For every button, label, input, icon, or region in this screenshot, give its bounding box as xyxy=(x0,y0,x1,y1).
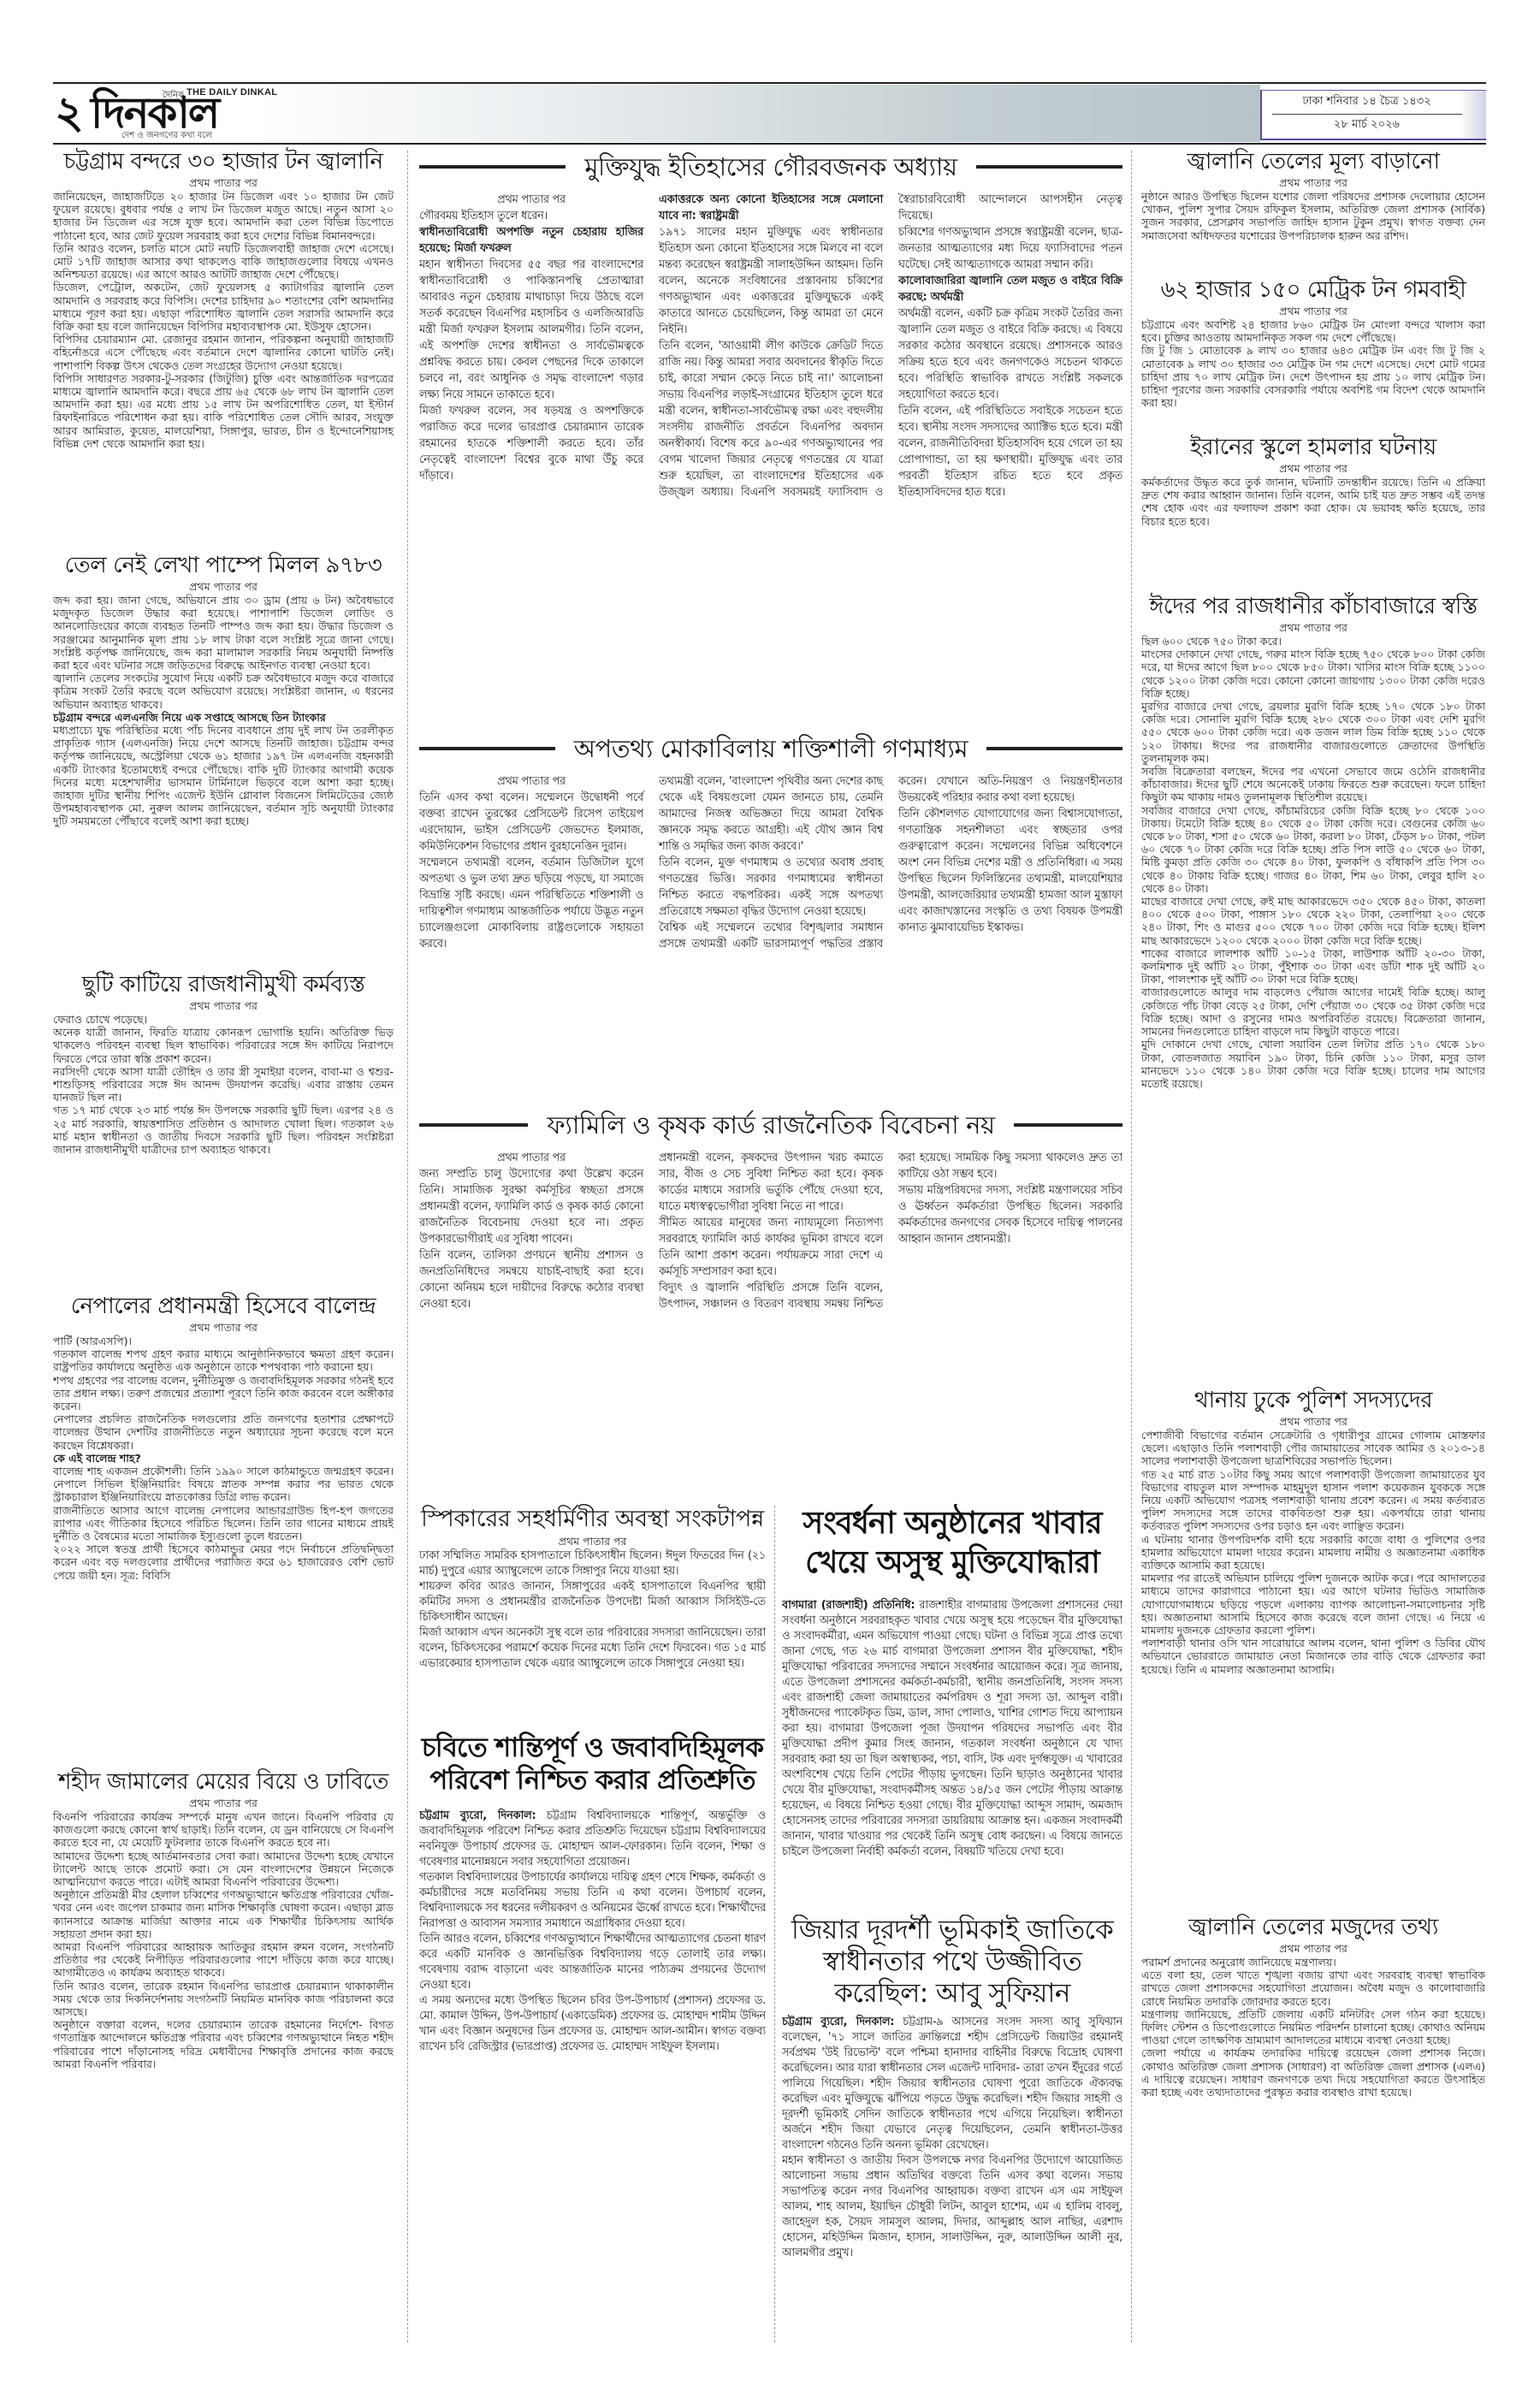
article-subhead: কালোবাজারিরা জ্বালানি তেল মজুত ও বাইরে ব… xyxy=(898,273,1122,305)
article-paragraph: চট্টগ্রাম ব্যুরো, দিনকাল: চট্টগ্রাম বিশ্… xyxy=(419,1809,766,1870)
article-subhead: চট্টগ্রাম বন্দরে এলএনজি নিয়ে এক সপ্তাহে… xyxy=(53,711,394,724)
article-body: পেশাজীবী বিভাগের বর্তমান সেক্রেটারি ও গৃ… xyxy=(1141,1429,1485,1676)
continued-kicker: প্রথম পাতার পর xyxy=(1141,462,1485,476)
continued-kicker: প্রথম পাতার পর xyxy=(53,580,394,594)
continued-kicker: প্রথম পাতার পর xyxy=(53,1321,394,1335)
article-misinformation-media: অপতথ্য মোকাবিলায় শক্তিশালী গণমাধ্যম প্র… xyxy=(419,729,1122,1092)
dateline: চট্টগ্রাম ব্যুরো, দিনকাল: xyxy=(782,2016,894,2028)
headline[interactable]: জিয়ার দূরদর্শী ভূমিকাই জাতিকে স্বাধীনতা… xyxy=(782,1915,1122,2010)
article-family-farmer-card: ফ্যামিলি ও কৃষক কার্ড রাজনৈতিক বিবেচনা ন… xyxy=(419,1105,1122,1499)
article-body: ঢাকা সম্মিলিত সামরিক হাসপাতালে চিকিৎসাধী… xyxy=(419,1548,766,1672)
article-fuel-price-increase: জ্বালানি তেলের মূল্য বাড়ানো প্রথম পাতার… xyxy=(1141,147,1485,277)
article-paragraph: শাকের বাজারে লালশাক আঁটি ১০-১৫ টাকা, লাউ… xyxy=(1141,947,1485,986)
article-paragraph: গতকাল বিশ্ববিদ্যালয়ের উপাচার্যের কার্যা… xyxy=(419,1870,766,1932)
article-paragraph: প্রধানমন্ত্রী বলেন, কৃষকদের উৎপাদন খরচ ক… xyxy=(659,1150,883,1215)
date-box: ঢাকা শনিবার ১৪ চৈত্র ১৪৩২ ২৮ মার্চ ২০২৬ xyxy=(1260,90,1486,140)
continued-kicker: প্রথম পাতার পর xyxy=(53,1797,394,1810)
article-paragraph: জানিয়েছেন, জাহাজটিতে ২০ হাজার টন ডিজেল … xyxy=(53,190,394,242)
newspaper-page: ২ দৈনিক THE DAILY DINKAL দিনকাল দেশ ও জন… xyxy=(0,0,1540,2392)
article-paragraph: পলাশবাড়ী থানার ওসি খান সারোয়ারে আলম বল… xyxy=(1141,1637,1485,1676)
headline-bar-right xyxy=(976,165,1122,169)
article-paragraph: শায়রুল কবির আরও জানান, সিঙ্গাপুরের একই … xyxy=(419,1579,766,1625)
article-paragraph: তিনি আরও বলেন, চব্বিশের গণঅভ্যুত্থানে শি… xyxy=(419,1932,766,1993)
article-paragraph: চব্বিশের গণঅভ্যুত্থান প্রসঙ্গে স্বরাষ্ট্… xyxy=(898,224,1122,273)
article-paragraph: জব্দ করা হয়। জানা গেছে, অভিযানে প্রায় … xyxy=(53,594,394,672)
continued-kicker: প্রথম পাতার পর xyxy=(1141,305,1485,318)
article-paragraph: সবজি বিক্রেতারা বলছেন, ঈদের পর এখনো সেভা… xyxy=(1141,765,1485,804)
headline[interactable]: ঈদের পর রাজধানীর কাঁচাবাজারে স্বস্তি xyxy=(1141,592,1485,621)
article-paragraph: বিএনপি পরিবারের কার্যক্রম সম্পর্কে মানুষ… xyxy=(53,1810,394,1850)
date-divider xyxy=(1272,114,1462,115)
article-body: প্রথম পাতার পর জন্য সম্প্রতি চালু উদ্যোগ… xyxy=(419,1150,1122,1312)
article-body: জব্দ করা হয়। জানা গেছে, অভিযানে প্রায় … xyxy=(53,594,394,828)
headline[interactable]: চবিতে শান্তিপূর্ণ ও জবাবদিহিমূলক পরিবেশ … xyxy=(419,1732,766,1797)
article-paragraph: চট্টগ্রামে এবং অবশিষ্ট ২৪ হাজার ৮৬০ মেট্… xyxy=(1141,318,1485,344)
article-paragraph: অর্থমন্ত্রী বলেন, একটি চক্র কৃত্রিম সংকট… xyxy=(898,305,1122,403)
headline-row: ফ্যামিলি ও কৃষক কার্ড রাজনৈতিক বিবেচনা ন… xyxy=(419,1105,1122,1145)
continued-kicker: প্রথম পাতার পর xyxy=(1141,176,1485,190)
continued-kicker: প্রথম পাতার পর xyxy=(419,773,643,790)
article-body: পরামর্শ প্রদানের অনুরোধ জানিয়েছে মন্ত্র… xyxy=(1141,1956,1485,2099)
article-body: পার্টি (আরএসপি)।গতকাল বালেন্দ্র শপথ গ্রহ… xyxy=(53,1335,394,1582)
article-police-station-assault: থানায় ঢুকে পুলিশ সদস্যদের প্রথম পাতার প… xyxy=(1141,1386,1485,1913)
masthead-gradient-band xyxy=(257,85,1260,142)
article-paragraph: চট্টগ্রাম ব্যুরো, দিনকাল: চট্টগ্রাম-৯ আস… xyxy=(782,2015,1122,2153)
article-paragraph: মধ্যপ্রাচ্যে যুদ্ধ পরিস্থিতির মধ্যে পাঁচ… xyxy=(53,724,394,828)
headline[interactable]: ৬২ হাজার ১৫০ মেট্রিক টন গমবাহী xyxy=(1141,275,1485,305)
article-iran-school-attack: ইরানের স্কুলে হামলার ঘটনায় প্রথম পাতার … xyxy=(1141,433,1485,594)
column-divider xyxy=(774,1506,775,2342)
article-paragraph: অনুষ্ঠানে বক্তারা বলেন, দলের চেয়ারম্যান… xyxy=(53,2018,394,2070)
article-paragraph: ছিল ৬০০ থেকে ৭৫০ টাকা করে। xyxy=(1141,635,1485,648)
article-paragraph: এ সময় অন্যদের মধ্যে উপস্থিত ছিলেন চবির … xyxy=(419,1993,766,2055)
article-body: বাগমারা (রাজশাহী) প্রতিনিধি: রাজশাহীর বা… xyxy=(782,1598,1122,1860)
article-paragraph: জি টু জি ১ মোতাবেক ৯ লাখ ৩০ হাজার ৬৪৩ মে… xyxy=(1141,344,1485,409)
continued-kicker: প্রথম পাতার পর xyxy=(419,192,643,208)
headline[interactable]: জ্বালানি তেলের মূল্য বাড়ানো xyxy=(1141,147,1485,176)
article-paragraph: আমাদের উদ্দেশ্য হচ্ছে আর্তমানবতার সেবা ক… xyxy=(53,1850,394,1889)
article-paragraph: সভায় মন্ত্রিপরিষদের সদস্য, সংশ্লিষ্ট মন… xyxy=(898,1182,1122,1247)
article-paragraph: সীমিত আয়ের মানুষের জন্য ন্যায্যমূল্যে ন… xyxy=(659,1215,883,1280)
article-paragraph: সবজির বাজারে দেখা গেছে, কাঁচামরিচের কেজি… xyxy=(1141,804,1485,895)
article-zia-independence-abu-sufian: জিয়ার দূরদর্শী ভূমিকাই জাতিকে স্বাধীনতা… xyxy=(782,1915,1122,2342)
article-paragraph: নেপালের প্রচলিত রাজনৈতিক দলগুলোর প্রতি জ… xyxy=(53,1412,394,1452)
page-number: ২ xyxy=(55,86,84,140)
article-speaker-wife-condition: স্পিকারের সহধর্মিণীর অবস্থা সংকটাপন্ন প্… xyxy=(419,1504,766,1728)
article-body: বিএনপি পরিবারের কার্যক্রম সম্পর্কে মানুষ… xyxy=(53,1810,394,2070)
headline[interactable]: সংবর্ধনা অনুষ্ঠানের খাবার খেয়ে অসুস্থ ম… xyxy=(782,1504,1122,1583)
masthead-top-rule xyxy=(53,82,1486,84)
headline[interactable]: অপতথ্য মোকাবিলায় শক্তিশালী গণমাধ্যম xyxy=(574,731,968,766)
article-paragraph: তিনি এসব কথা বলেন। সম্মেলনে উদ্বোধনী পর্… xyxy=(419,790,643,855)
headline[interactable]: ইরানের স্কুলে হামলার ঘটনায় xyxy=(1141,433,1485,462)
article-paragraph: সম্মেলনে তথ্যমন্ত্রী বলেন, বর্তমান ডিজিট… xyxy=(419,855,643,952)
date-gregorian: ২৮ মার্চ ২০২৬ xyxy=(1262,117,1472,133)
article-paragraph: বালেন্দ্র শাহ একজন প্রকৌশলী। তিনি ১৯৯০ স… xyxy=(53,1465,394,1504)
article-paragraph: ফেরাও চোখে পড়েছে। xyxy=(53,1013,394,1026)
article-fuel-stock-information: জ্বালানি তেলের মজুদের তথ্য প্রথম পাতার প… xyxy=(1141,1913,1485,2342)
article-paragraph: গত ২৫ মার্চ রাত ১০টার কিছু সময় আগে পলাশ… xyxy=(1141,1468,1485,1533)
article-paragraph: মুরগির বাজারে দেখা গেছে, ব্রয়লার মুরগি … xyxy=(1141,700,1485,765)
masthead-bottom-rule xyxy=(53,143,1486,145)
article-paragraph: এতে বলা হয়, তেল খাতে শৃঙ্খলা বজায় রাখা… xyxy=(1141,1969,1485,2008)
continued-kicker: প্রথম পাতার পর xyxy=(1141,1415,1485,1429)
article-paragraph: মুদি দোকানে দেখা গেছে, খোলা সয়াবিন তেল … xyxy=(1141,1038,1485,1090)
article-paragraph: ২০২২ সালে স্বতন্ত্র প্রার্থী হিসেবে কাঠম… xyxy=(53,1542,394,1582)
article-paragraph: জেলা পর্যায়ে এ কার্যক্রম তদারকির দায়িত… xyxy=(1141,2046,1485,2099)
article-paragraph: মহান স্বাধীনতা দিবসের ৫৫ বছর পর বাংলাদেশ… xyxy=(419,257,643,403)
continued-kicker: প্রথম পাতার পর xyxy=(419,1150,643,1166)
headline-bar-right xyxy=(1014,1123,1122,1127)
article-paragraph: বিপিসি সাধারণত সরকার-টু-সরকার (জিটুজি) চ… xyxy=(53,372,394,450)
article-body: জানিয়েছেন, জাহাজটিতে ২০ হাজার টন ডিজেল … xyxy=(53,190,394,450)
dateline: চট্টগ্রাম ব্যুরো, দিনকাল: xyxy=(419,1809,536,1822)
article-body: চট্টগ্রাম ব্যুরো, দিনকাল: চট্টগ্রাম-৯ আস… xyxy=(782,2015,1122,2261)
article-paragraph: মির্জা আব্বাস এখন অনেকটা সুস্থ বলে তার প… xyxy=(419,1625,766,1672)
article-paragraph: তথ্যমন্ত্রী বলেন, 'বাংলাদেশ পৃথিবীর অন্য… xyxy=(659,773,883,855)
continued-kicker: প্রথম পাতার পর xyxy=(1141,621,1485,635)
headline-bar-left xyxy=(419,1123,528,1127)
article-paragraph: গত ১৭ মার্চ থেকে ২৩ মার্চ পর্যন্ত ঈদ উপল… xyxy=(53,1104,394,1156)
continued-kicker: প্রথম পাতার পর xyxy=(419,1535,766,1548)
article-fuel-pump-seizure: তেল নেই লেখা পাম্পে মিলল ৯৭৮৩ প্রথম পাতা… xyxy=(53,551,394,970)
headline-bar-right xyxy=(986,747,1122,750)
column-divider xyxy=(1131,151,1132,2342)
article-subhead: একাত্তরকে অন্য কোনো ইতিহাসের সঙ্গে মেলান… xyxy=(659,192,883,224)
article-body: ফেরাও চোখে পড়েছে।অনেক যাত্রী জানান, ফির… xyxy=(53,1013,394,1156)
article-subhead: কে এই বালেন্দ্র শাহ? xyxy=(53,1452,394,1465)
article-wheat-shipment: ৬২ হাজার ১৫০ মেট্রিক টন গমবাহী প্রথম পাত… xyxy=(1141,275,1485,433)
article-body: প্রথম পাতার পর গৌরবময় ইতিহাস তুলে ধরেন।… xyxy=(419,192,1122,500)
article-paragraph: জন্য সম্প্রতি চালু উদ্যোগের কথা উল্লেখ ক… xyxy=(419,1166,643,1247)
article-paragraph: রাজনীতিতে আসার আগে বালেন্দ্র নেপালের আন্… xyxy=(53,1504,394,1543)
article-paragraph: নরসিংদী থেকে আসা যাত্রী তৌহিদ ও তার স্ত্… xyxy=(53,1065,394,1104)
article-paragraph: পরামর্শ প্রদানের অনুরোধ জানিয়েছে মন্ত্র… xyxy=(1141,1956,1485,1969)
article-paragraph: অনুষ্ঠানে প্রতিমন্ত্রী মীর হেলাল চব্বিশে… xyxy=(53,1888,394,1940)
headline[interactable]: তেল নেই লেখা পাম্পে মিলল ৯৭৮৩ xyxy=(53,551,394,580)
article-nepal-prime-minister: নেপালের প্রধানমন্ত্রী হিসেবে বালেন্দ্র প… xyxy=(53,1292,394,1767)
headline[interactable]: ফ্যামিলি ও কৃষক কার্ড রাজনৈতিক বিবেচনা ন… xyxy=(547,1108,994,1142)
article-paragraph: বাগমারা (রাজশাহী) প্রতিনিধি: রাজশাহীর বা… xyxy=(782,1598,1122,1860)
article-body: চট্টগ্রামে এবং অবশিষ্ট ২৪ হাজার ৮৬০ মেট্… xyxy=(1141,318,1485,409)
dateline: বাগমারা (রাজশাহী) প্রতিনিধি: xyxy=(782,1599,915,1612)
headline-bar-left xyxy=(419,747,555,750)
article-paragraph: মাংসের দোকানে দেখা গেছে, গরুর মাংস বিক্র… xyxy=(1141,648,1485,700)
headline[interactable]: জ্বালানি তেলের মজুদের তথ্য xyxy=(1141,1913,1485,1942)
article-paragraph: বাজারগুলোতে আলুর দাম বাড়লেও পেঁয়াজ আগে… xyxy=(1141,986,1485,1038)
article-paragraph: কর্মকর্তাদের উদ্ধৃত করে তুর্ক জানান, ঘটন… xyxy=(1141,476,1485,528)
headline[interactable]: ছুটি কাটিয়ে রাজধানীমুখী কর্মব্যস্ত xyxy=(53,970,394,999)
article-liberation-war-history: মুক্তিযুদ্ধ ইতিহাসের গৌরবজনক অধ্যায় প্র… xyxy=(419,147,1122,729)
article-paragraph: আমরা বিএনপি পরিবারের আহ্বায়ক আতিকুর রহম… xyxy=(53,1940,394,1980)
article-shahid-jamal-daughter: শহীদ জামালের মেয়ের বিয়ে ও ঢাবিতে প্রথম… xyxy=(53,1767,394,2342)
article-subhead: স্বাধীনতাবিরোধী অপশক্তি নতুন চেহারায় হা… xyxy=(419,224,643,257)
article-paragraph: জ্বালানি তেলের সংকটের সুযোগ নিয়ে একটি চ… xyxy=(53,672,394,711)
headline-row: মুক্তিযুদ্ধ ইতিহাসের গৌরবজনক অধ্যায় xyxy=(419,147,1122,187)
article-paragraph: ডিজেল, পেট্রোল, অকটেন, জেট ফুয়েলসহ ৫ ক্… xyxy=(53,281,394,333)
headline[interactable]: মুক্তিযুদ্ধ ইতিহাসের গৌরবজনক অধ্যায় xyxy=(584,150,957,184)
article-paragraph: অনেক যাত্রী জানান, ফিরতি যাত্রায় কোনরূপ… xyxy=(53,1026,394,1065)
headline[interactable]: শহীদ জামালের মেয়ের বিয়ে ও ঢাবিতে xyxy=(53,1767,394,1797)
continued-kicker: প্রথম পাতার পর xyxy=(53,176,394,190)
headline-bar-left xyxy=(419,165,566,169)
article-paragraph: গতকাল বালেন্দ্র শপথ গ্রহণ করার মাধ্যমে আ… xyxy=(53,1347,394,1373)
article-paragraph: মির্জা ফখরুল বলেন, সব ষড়যন্ত্র ও অপশক্ত… xyxy=(419,403,643,484)
article-paragraph: তিনি আরও বলেন, তারেক রহমান বিএনপির ভারপ্… xyxy=(53,1980,394,2019)
article-paragraph: নুষ্ঠানে আরও উপস্থিত ছিলেন যশোর জেলা পরি… xyxy=(1141,190,1485,242)
article-body: প্রথম পাতার পর তিনি এসব কথা বলেন। সম্মেল… xyxy=(419,773,1122,952)
article-paragraph: মহান স্বাধীনতা ও জাতীয় দিবস উপলক্ষে নগর… xyxy=(782,2153,1122,2261)
article-paragraph: বিপিসির চেয়ারম্যান মো. রেজানুর রহমান জা… xyxy=(53,333,394,372)
article-kitchen-market-relief: ঈদের পর রাজধানীর কাঁচাবাজারে স্বস্তি প্র… xyxy=(1141,592,1485,1386)
article-cu-vice-chancellor: চবিতে শান্তিপূর্ণ ও জবাবদিহিমূলক পরিবেশ … xyxy=(419,1732,766,2342)
headline[interactable]: থানায় ঢুকে পুলিশ সদস্যদের xyxy=(1141,1386,1485,1415)
article-paragraph: তিনি বলেন, তালিকা প্রণয়নে স্থানীয় প্রশ… xyxy=(419,1247,643,1312)
headline[interactable]: স্পিকারের সহধর্মিণীর অবস্থা সংকটাপন্ন xyxy=(419,1504,766,1535)
article-paragraph: শপথ গ্রহণের পর বালেন্দ্র বলেন, দুর্নীতিম… xyxy=(53,1374,394,1413)
article-paragraph: মামলার পর রাতেই অভিযান চালিয়ে পুলিশ দুজ… xyxy=(1141,1572,1485,1637)
continued-kicker: প্রথম পাতার পর xyxy=(53,999,394,1013)
article-body: চট্টগ্রাম ব্যুরো, দিনকাল: চট্টগ্রাম বিশ্… xyxy=(419,1809,766,2055)
article-chittagong-port-fuel: চট্টগ্রাম বন্দরে ৩০ হাজার টন জ্বালানি প্… xyxy=(53,147,394,551)
article-paragraph: ঢাকা সম্মিলিত সামরিক হাসপাতালে চিকিৎসাধী… xyxy=(419,1548,766,1579)
article-paragraph: পেশাজীবী বিভাগের বর্তমান সেক্রেটারি ও গৃ… xyxy=(1141,1429,1485,1468)
article-paragraph: মন্ত্রণালয় জানিয়েছে, প্রতিটি জেলায় এক… xyxy=(1141,2008,1485,2047)
headline-row: অপতথ্য মোকাবিলায় শক্তিশালী গণমাধ্যম xyxy=(419,729,1122,768)
article-return-to-capital: ছুটি কাটিয়ে রাজধানীমুখী কর্মব্যস্ত প্রথ… xyxy=(53,970,394,1292)
article-freedom-fighters-food-illness: সংবর্ধনা অনুষ্ঠানের খাবার খেয়ে অসুস্থ ম… xyxy=(782,1504,1122,1913)
headline[interactable]: চট্টগ্রাম বন্দরে ৩০ হাজার টন জ্বালানি xyxy=(53,147,394,176)
article-paragraph: তিনি কৌশলগত যোগাযোগের জন্য বিশ্বাসযোগ্যত… xyxy=(898,806,1122,936)
article-paragraph: তিনি বলেন, এই পরিস্থিতিতে সবাইকে সচেতন হ… xyxy=(898,403,1122,500)
article-body: নুষ্ঠানে আরও উপস্থিত ছিলেন যশোর জেলা পরি… xyxy=(1141,190,1485,242)
article-paragraph: পার্টি (আরএসপি)। xyxy=(53,1335,394,1347)
continued-kicker: প্রথম পাতার পর xyxy=(1141,1942,1485,1956)
article-paragraph: এ ঘটনায় থানার উপপরিদর্শক বাদী হয়ে সরকা… xyxy=(1141,1533,1485,1572)
article-body: কর্মকর্তাদের উদ্ধৃত করে তুর্ক জানান, ঘটন… xyxy=(1141,476,1485,528)
article-paragraph: ১৯৭১ সালের মহান মুক্তিযুদ্ধ এবং স্বাধীনত… xyxy=(659,224,883,338)
article-paragraph: মাছের বাজারে দেখা গেছে, রুই মাছ আকারভেদে… xyxy=(1141,895,1485,947)
date-bangla: ঢাকা শনিবার ১৪ চৈত্র ১৪৩২ xyxy=(1262,94,1472,110)
article-body: ছিল ৬০০ থেকে ৭৫০ টাকা করে।মাংসের দোকানে … xyxy=(1141,635,1485,1090)
column-divider xyxy=(407,151,408,2342)
masthead-tagline: দেশ ও জনগণের কথা বলে xyxy=(121,129,212,144)
headline[interactable]: নেপালের প্রধানমন্ত্রী হিসেবে বালেন্দ্র xyxy=(53,1292,394,1321)
article-paragraph: তিনি বলেন, মুক্ত গণমাধ্যম ও তথ্যের অবাধ … xyxy=(659,855,883,920)
article-paragraph: গৌরবময় ইতিহাস তুলে ধরেন। xyxy=(419,208,643,224)
article-paragraph: তিনি আরও বলেন, চলতি মাসে মোট নয়টি ডিজেল… xyxy=(53,242,394,281)
